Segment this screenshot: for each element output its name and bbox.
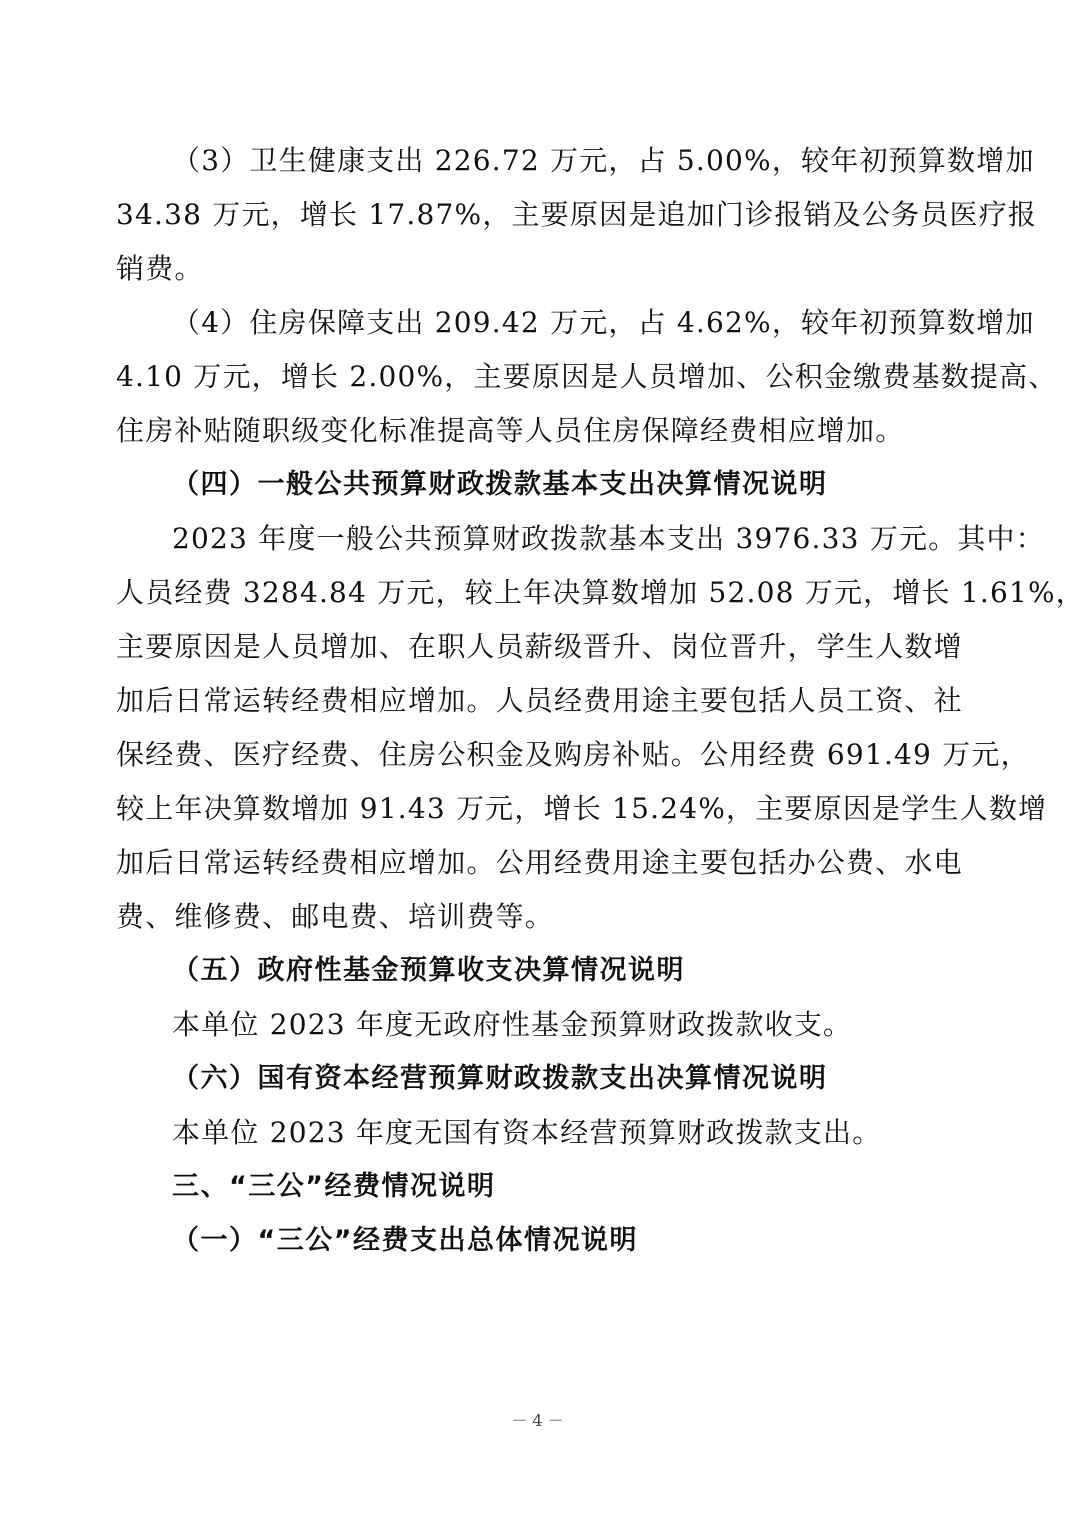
part-3-sub-1-heading: （一）“三公”经费支出总体情况说明 [116, 1214, 964, 1268]
section-4-line-5: 保经费、医疗经费、住房公积金及购房补贴。公用经费 691.49 万元， [116, 728, 964, 782]
section-4-line-4: 加后日常运转经费相应增加。人员经费用途主要包括人员工资、社 [116, 674, 964, 728]
section-4-line-7: 加后日常运转经费相应增加。公用经费用途主要包括办公费、水电 [116, 836, 964, 890]
section-6-line-1: 本单位 2023 年度无国有资本经营预算财政拨款支出。 [116, 1106, 964, 1160]
section-5-line-1: 本单位 2023 年度无政府性基金预算财政拨款收支。 [116, 998, 964, 1052]
page-number: － 4 － [0, 1408, 1075, 1431]
housing-expense-line-2: 4.10 万元，增长 2.00%，主要原因是人员增加、公积金缴费基数提高、 [116, 350, 964, 404]
section-4-line-2: 人员经费 3284.84 万元，较上年决算数增加 52.08 万元，增长 1.6… [116, 566, 964, 620]
section-4-heading: （四）一般公共预算财政拨款基本支出决算情况说明 [116, 458, 964, 512]
health-expense-line-1: （3）卫生健康支出 226.72 万元，占 5.00%，较年初预算数增加 [116, 134, 964, 188]
section-4-line-3: 主要原因是人员增加、在职人员薪级晋升、岗位晋升，学生人数增 [116, 620, 964, 674]
section-4-line-6: 较上年决算数增加 91.43 万元，增长 15.24%，主要原因是学生人数增 [116, 782, 964, 836]
health-expense-line-3: 销费。 [116, 242, 964, 296]
housing-expense-line-1: （4）住房保障支出 209.42 万元，占 4.62%，较年初预算数增加 [116, 296, 964, 350]
section-5-heading: （五）政府性基金预算收支决算情况说明 [116, 944, 964, 998]
health-expense-line-2: 34.38 万元，增长 17.87%，主要原因是追加门诊报销及公务员医疗报 [116, 188, 964, 242]
section-6-heading: （六）国有资本经营预算财政拨款支出决算情况说明 [116, 1052, 964, 1106]
housing-expense-line-3: 住房补贴随职级变化标准提高等人员住房保障经费相应增加。 [116, 404, 964, 458]
document-page: （3）卫生健康支出 226.72 万元，占 5.00%，较年初预算数增加 34.… [116, 134, 964, 1268]
section-4-line-1: 2023 年度一般公共预算财政拨款基本支出 3976.33 万元。其中： [116, 512, 964, 566]
section-4-line-8: 费、维修费、邮电费、培训费等。 [116, 890, 964, 944]
part-3-heading: 三、“三公”经费情况说明 [116, 1160, 964, 1214]
